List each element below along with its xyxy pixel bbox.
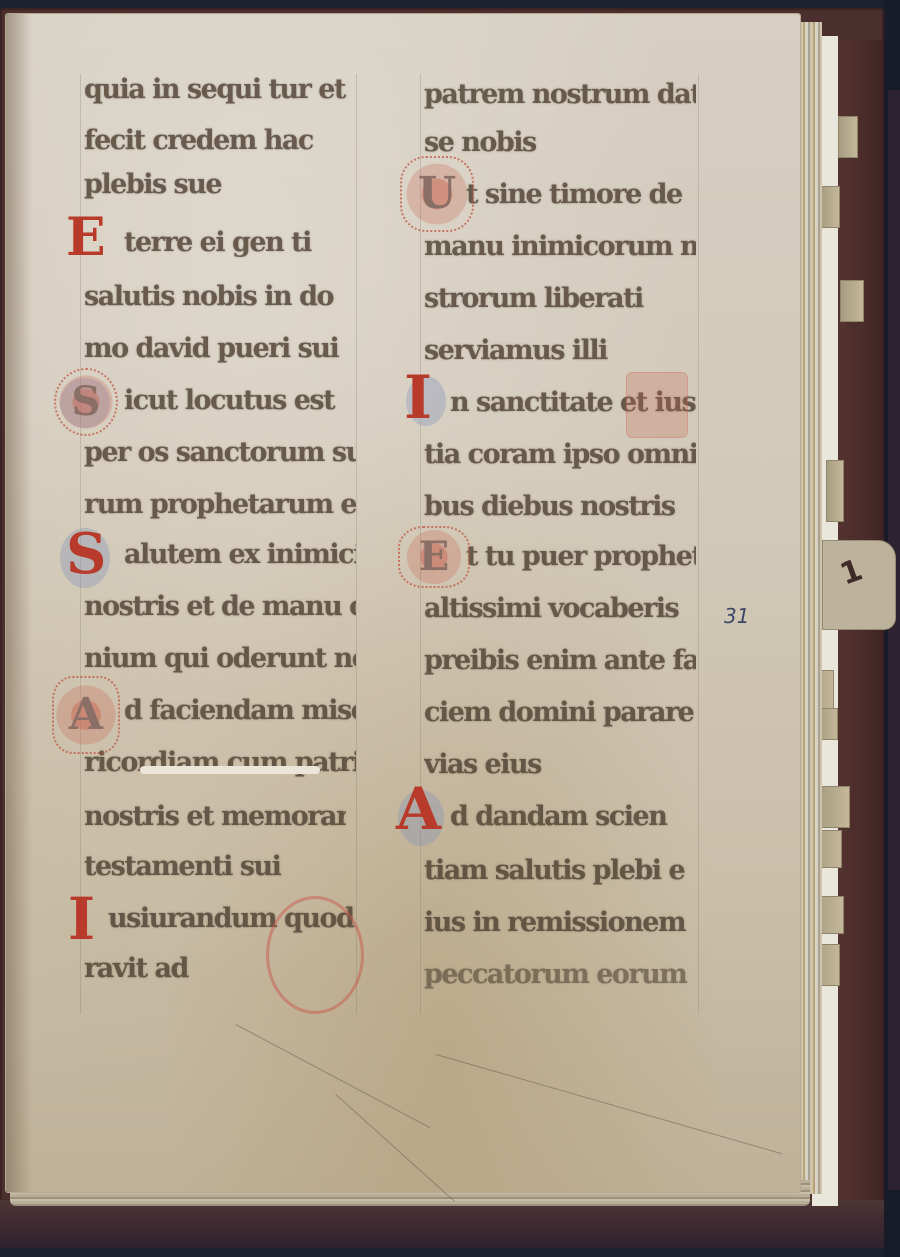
faded-rubric — [626, 372, 688, 438]
red-initial-e: E — [66, 212, 106, 264]
ruling-line — [356, 74, 357, 1014]
page-tab — [840, 280, 864, 322]
red-initial-i: I — [404, 368, 432, 428]
text-line: quia in sequi tur et — [84, 75, 356, 105]
text-line: nostris et memorari — [84, 802, 346, 832]
text-line: per os sanctorum suo — [84, 438, 356, 468]
text-line: se nobis — [424, 128, 692, 158]
text-line: peccatorum eorum — [424, 960, 696, 990]
text-line: testamenti sui — [84, 852, 314, 882]
parchment-tear — [140, 766, 320, 774]
text-line: terre ei gen ti — [124, 228, 352, 258]
ornate-initial-s: S — [54, 368, 118, 436]
text-line: nium qui oderunt nos — [84, 644, 356, 674]
ornate-initial-a: A — [52, 676, 120, 754]
text-line: d faciendam mise — [124, 696, 356, 726]
page-tab — [820, 186, 840, 228]
text-line: mo david pueri sui — [84, 334, 356, 364]
ruling-line — [698, 74, 699, 1014]
text-line: ciem domini parare — [424, 698, 696, 728]
text-line: bus diebus nostris — [424, 492, 696, 522]
text-line: salutis nobis in do — [84, 282, 354, 312]
ornate-initial-u: U — [400, 156, 474, 232]
red-initial-a: A — [396, 780, 441, 838]
page-tab — [826, 460, 844, 522]
box-wall-bottom — [0, 1200, 884, 1248]
page-tab — [818, 786, 850, 828]
text-line: plebis sue — [84, 170, 284, 200]
text-line: strorum liberati — [424, 284, 664, 314]
text-line: alutem ex inimicis — [124, 540, 356, 570]
text-line: manu inimicorum no — [424, 232, 696, 262]
text-line: t tu puer propheta — [466, 542, 696, 572]
text-line: altissimi vocaberis — [424, 594, 696, 624]
text-line: icut locutus est — [124, 386, 354, 416]
text-line: nostris et de manu om — [84, 592, 356, 622]
red-initial-s: S — [66, 526, 106, 582]
box-wall-right — [836, 40, 882, 1220]
text-line: d dandam scien — [450, 802, 696, 832]
text-line: tia coram ipso omni — [424, 440, 696, 470]
text-line: vias eius — [424, 750, 614, 780]
text-line: ravit ad — [84, 954, 264, 984]
text-line: tiam salutis plebi e — [424, 856, 696, 886]
ornate-initial-outline — [266, 896, 364, 1014]
page-tab — [838, 116, 858, 158]
parchment-crack — [436, 1054, 782, 1154]
text-line: patrem nostrum daturum — [424, 80, 696, 110]
text-line: t sine timore de — [466, 180, 696, 210]
background-strip-inner — [888, 90, 900, 1190]
folio-number: 31 — [724, 604, 749, 628]
text-line: fecit credem hac — [84, 126, 352, 156]
ornate-initial-e: E — [398, 526, 470, 588]
text-line: ius in remissionem — [424, 908, 696, 938]
gutter-shadow — [6, 14, 32, 1192]
red-initial-i: I — [68, 890, 95, 948]
text-line: preibis enim ante fa — [424, 646, 696, 676]
numbered-tab: 1 — [822, 540, 896, 630]
text-line: rum prophetarum eius — [84, 490, 356, 520]
parchment-crack — [236, 1024, 431, 1128]
tab-label: 1 — [836, 552, 868, 592]
text-line: serviamus illi — [424, 336, 692, 366]
